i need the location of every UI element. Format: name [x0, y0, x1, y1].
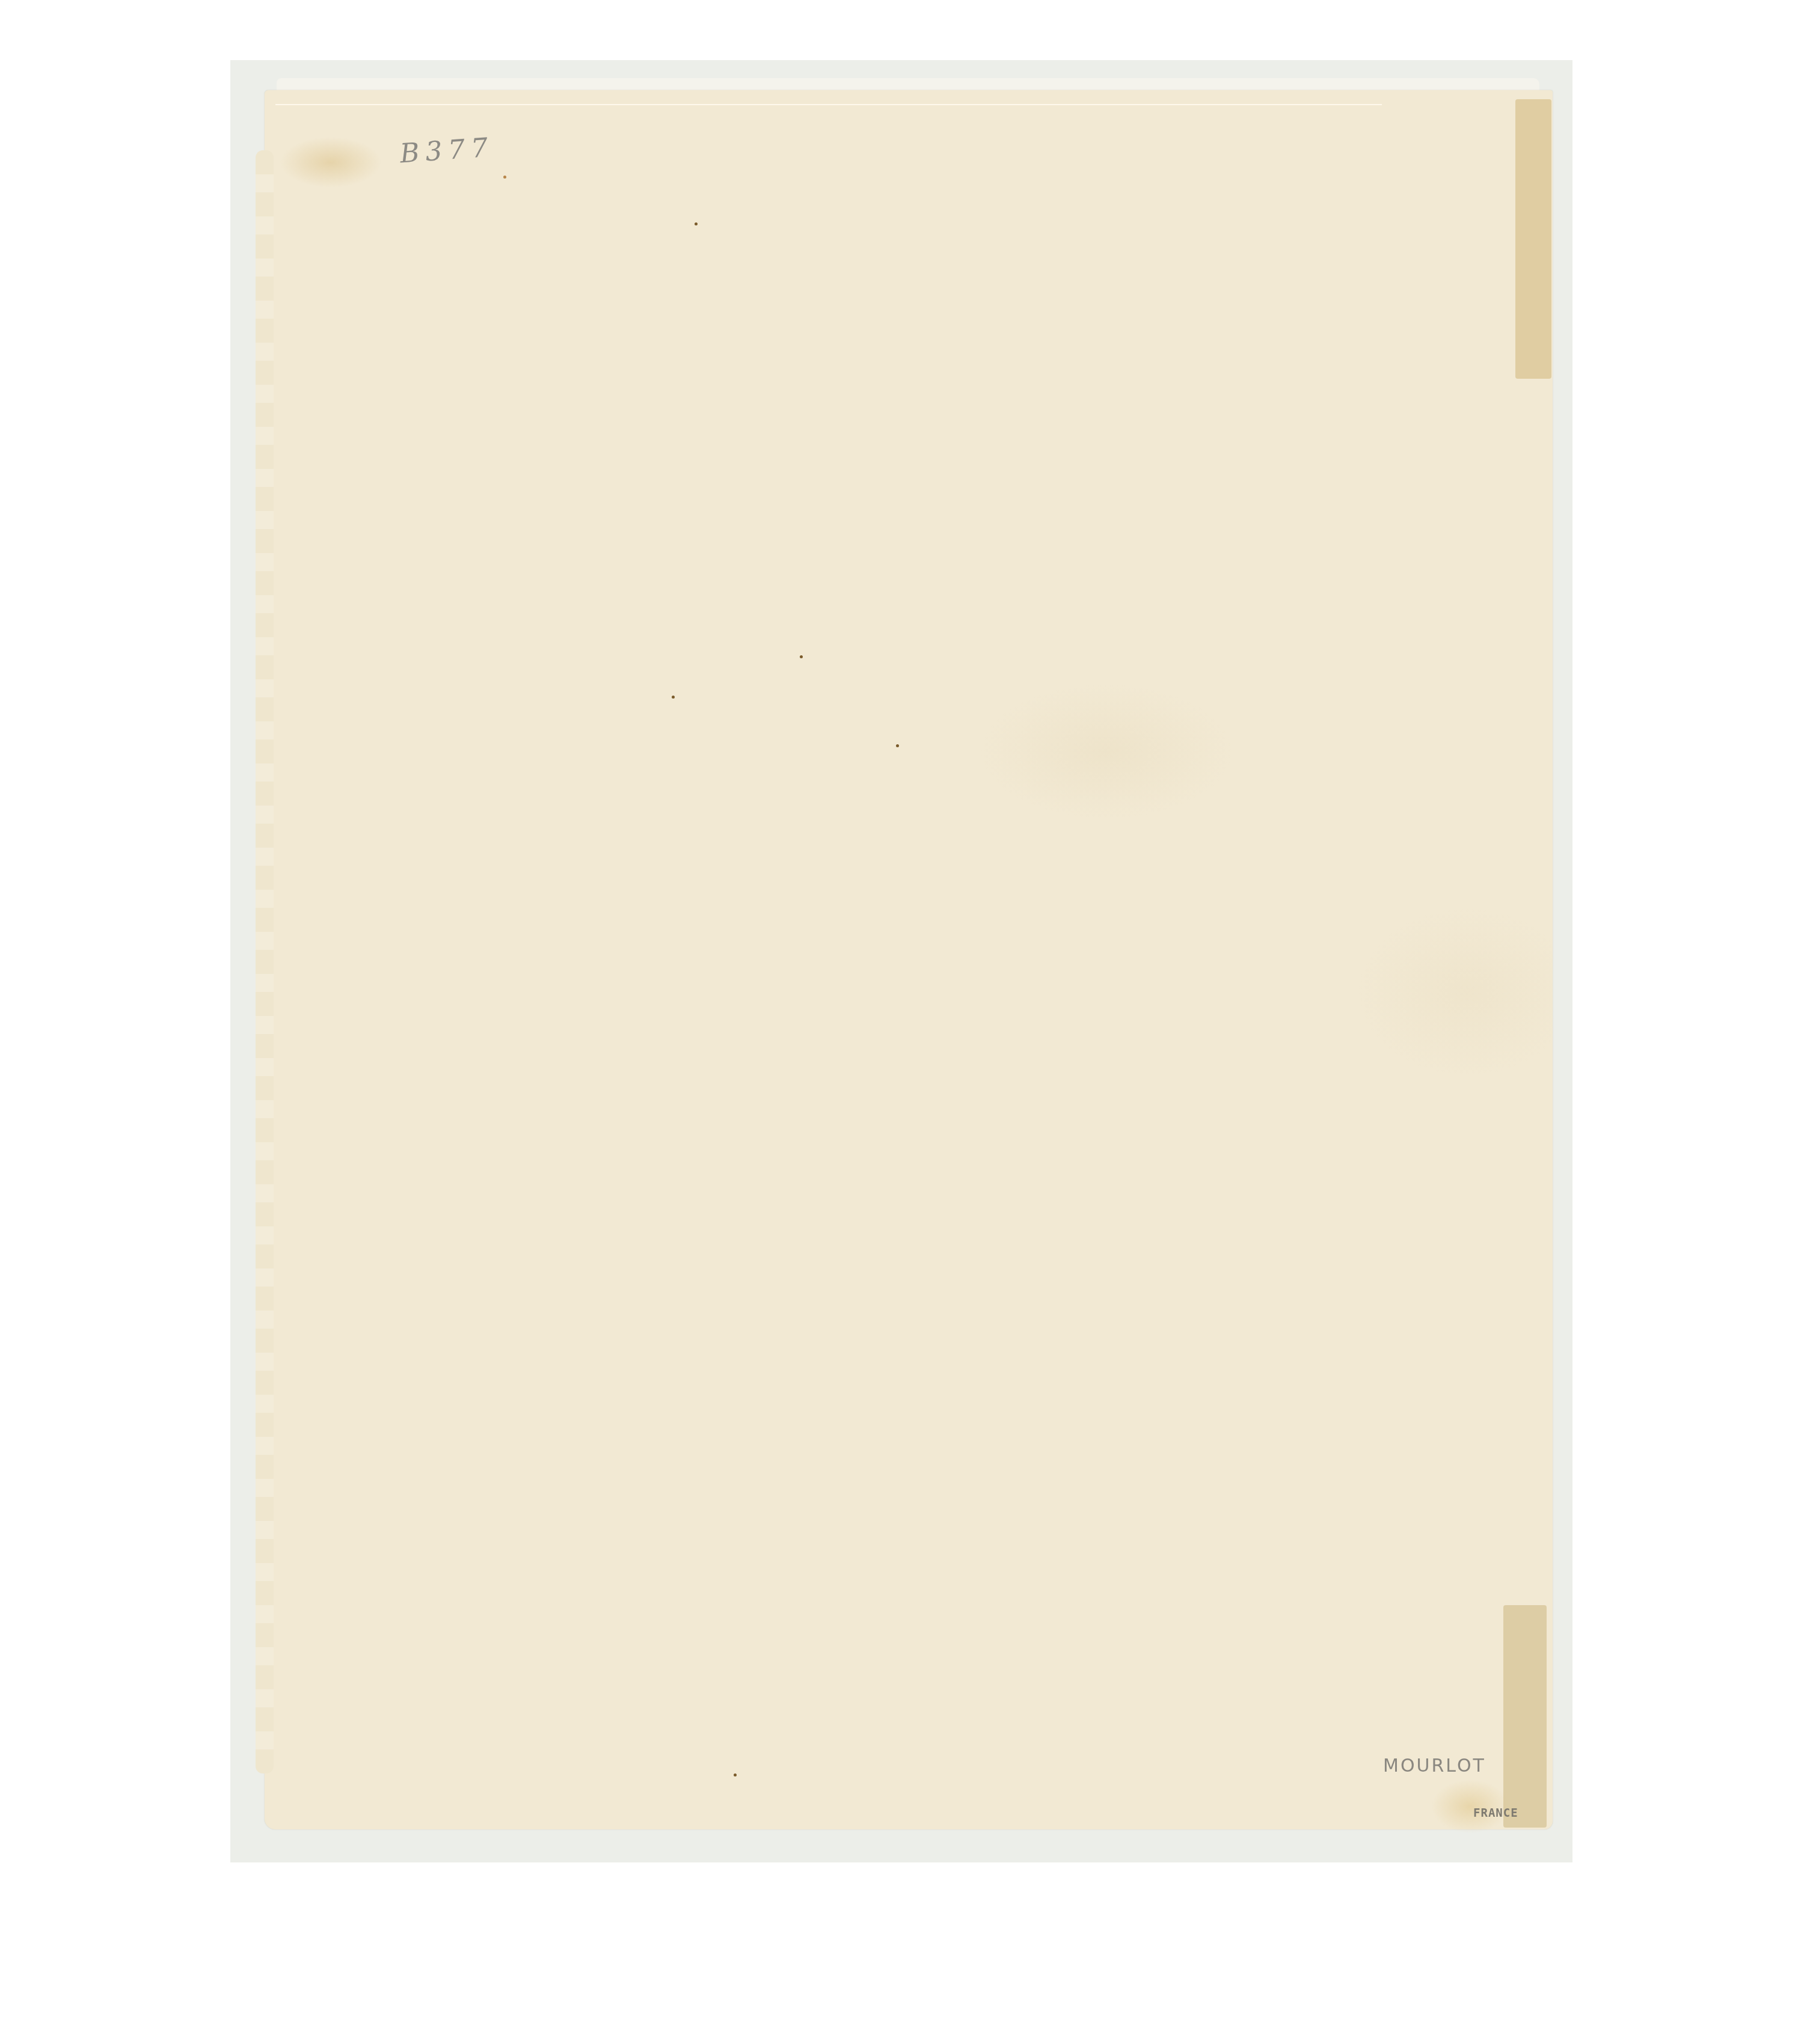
crease-line [275, 104, 1382, 105]
foxing-speck [800, 655, 803, 658]
hinge-tape-bottom [1503, 1605, 1547, 1828]
foxing-speck [695, 222, 698, 225]
paper-sheet [265, 90, 1553, 1829]
deckle-edge-left [256, 150, 274, 1773]
pencil-inscription: B377 [399, 132, 495, 170]
foxing-speck [734, 1773, 737, 1776]
hinge-tape-top [1515, 99, 1551, 379]
foxing-speck [672, 696, 675, 699]
foxing-speck [896, 744, 899, 747]
printer-stamp-country: FRANCE [1473, 1807, 1518, 1820]
printer-stamp-name: MOURLOT [1383, 1755, 1486, 1776]
foxing-speck [503, 176, 506, 179]
